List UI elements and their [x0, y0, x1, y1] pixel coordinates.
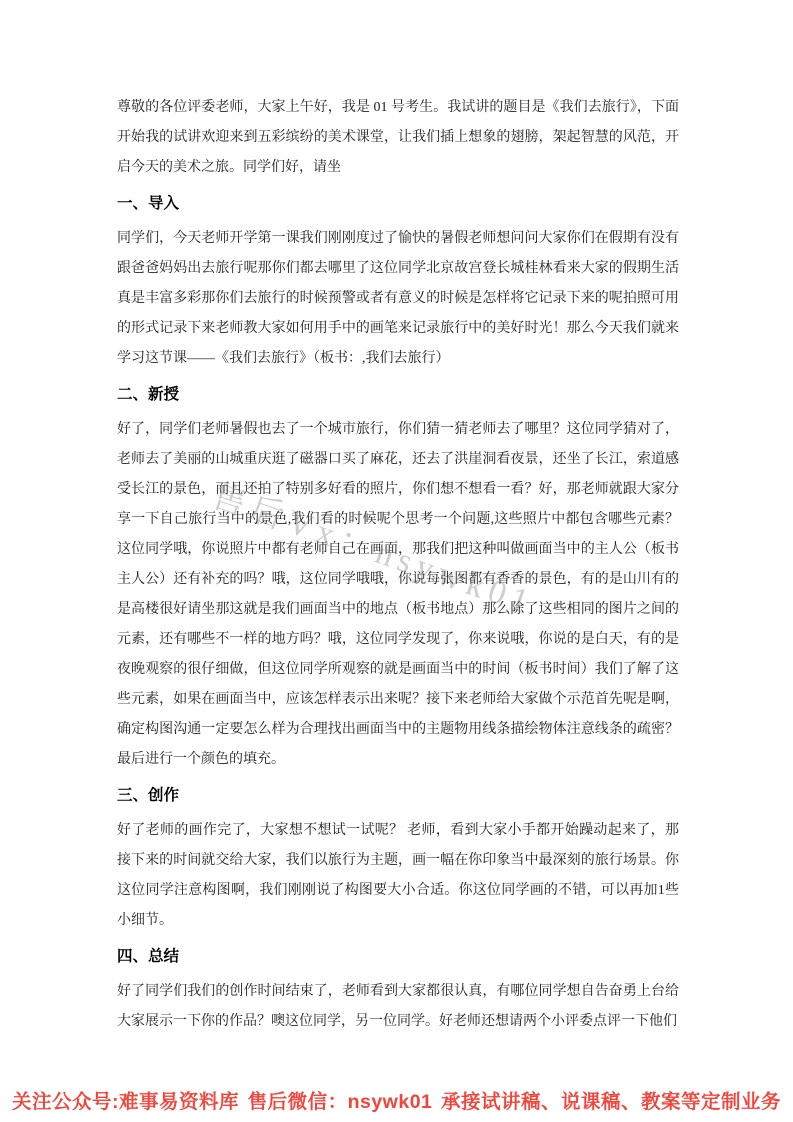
section-body-summary: 好了同学们我们的创作时间结束了，老师看到大家都很认真，有哪位同学想自告奋勇上台给…	[117, 977, 679, 1037]
document-page: 售后Vx：nsywk01 尊敬的各位评委老师，大家上午好，我是 01 号考生。我…	[0, 0, 793, 1122]
section-heading-summary: 四、总结	[117, 942, 679, 972]
footer-wechat-text: 售后微信：nsywk01	[248, 1090, 433, 1114]
promo-footer: 关注公众号:难事易资料库 售后微信：nsywk01 承接试讲稿、说课稿、教案等定…	[0, 1090, 793, 1114]
footer-public-account-text: 关注公众号:难事易资料库	[12, 1090, 239, 1114]
section-body-new-lesson: 好了，同学们老师暑假也去了一个城市旅行，你们猜一猜老师去了哪里？这位同学猜对了，…	[117, 415, 679, 775]
section-body-creation: 好了老师的画作完了，大家想不想试一试呢？ 老师，看到大家小手都开始躁动起来了，那…	[117, 816, 679, 936]
section-heading-new-lesson: 二、新授	[117, 380, 679, 410]
section-body-import: 同学们，今天老师开学第一课我们刚刚度过了愉快的暑假老师想问问大家你们在假期有没有…	[117, 224, 679, 374]
section-heading-import: 一、导入	[117, 189, 679, 219]
section-heading-creation: 三、创作	[117, 781, 679, 811]
intro-paragraph: 尊敬的各位评委老师，大家上午好，我是 01 号考生。我试讲的题目是《我们去旅行》…	[117, 93, 679, 183]
footer-services-text: 承接试讲稿、说课稿、教案等定制业务	[441, 1090, 781, 1114]
document-content: 尊敬的各位评委老师，大家上午好，我是 01 号考生。我试讲的题目是《我们去旅行》…	[117, 93, 679, 1037]
